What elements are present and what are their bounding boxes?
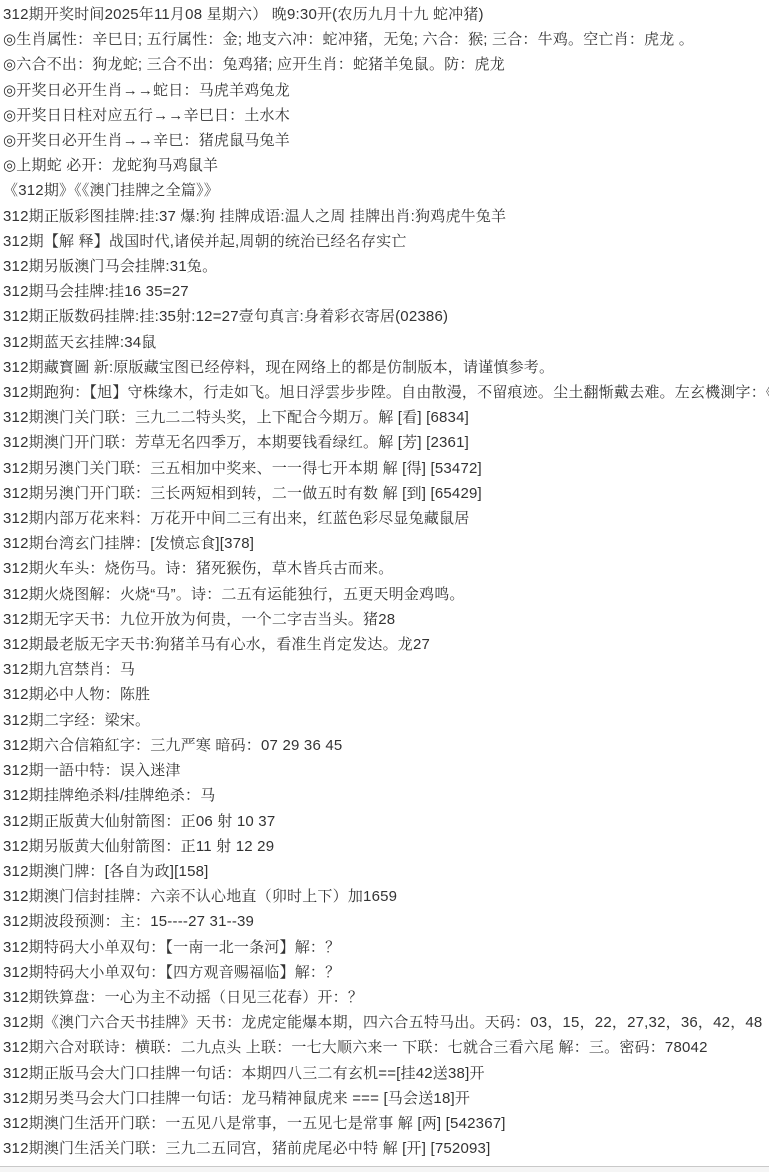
text-line: ◎生肖属性：辛巳日; 五行属性：金; 地支六冲：蛇冲猪，无兔; 六合：猴; 三合… bbox=[3, 27, 769, 52]
text-line: 312期另版黄大仙射箭图：正11 射 12 29 bbox=[3, 834, 769, 859]
text-line: 312期澳门开门联：芳草无名四季万，本期要钱看绿红。解 [芳] [2361] bbox=[3, 430, 769, 455]
text-line: 312期特码大小单双句：【一南一北一条河】解：？ bbox=[3, 935, 769, 960]
text-line: 312期另类马会大门口挂牌一句话：龙马精神鼠虎来 === [马会送18]开 bbox=[3, 1086, 769, 1111]
next-section-divider bbox=[0, 1166, 769, 1172]
text-line: 312期最老版无字天书:狗猪羊马有心水，看准生肖定发达。龙27 bbox=[3, 632, 769, 657]
text-line: 312期二字经：梁宋。 bbox=[3, 708, 769, 733]
text-line: 312期六合对联诗：横联：二九点头 上联：一七大顺六来一 下联：七就合三看六尾 … bbox=[3, 1035, 769, 1060]
text-line: 312期蓝天玄挂牌:34鼠 bbox=[3, 330, 769, 355]
text-line: 312期台湾玄门挂牌：[发愤忘食][378] bbox=[3, 531, 769, 556]
text-line: 312期波段预测：主：15----27 31--39 bbox=[3, 909, 769, 934]
text-line: 312期九宫禁肖：马 bbox=[3, 657, 769, 682]
text-line: ◎上期蛇 必开：龙蛇狗马鸡鼠羊 bbox=[3, 153, 769, 178]
text-line: 312期火烧图解：火烧“马”。诗：二五有运能独行，五更天明金鸡鸣。 bbox=[3, 582, 769, 607]
text-line: 312期澳门生活开门联：一五见八是常事，一五见七是常事 解 [两] [54236… bbox=[3, 1111, 769, 1136]
text-line: 312期正版黄大仙射箭图：正06 射 10 37 bbox=[3, 809, 769, 834]
text-line: ◎开奖日必开生肖→→辛巳：猪虎鼠马兔羊 bbox=[3, 128, 769, 153]
text-line: 312期正版马会大门口挂牌一句话：本期四八三二有玄机==[挂42送38]开 bbox=[3, 1061, 769, 1086]
text-line: 312期特码大小单双句：【四方观音赐福临】解：？ bbox=[3, 960, 769, 985]
text-line: 312期开奖时间2025年11月08 星期六） 晚9:30开(农历九月十九 蛇冲… bbox=[3, 2, 769, 27]
text-line: 312期六合信箱紅字：三九严寒 暗码：07 29 36 45 bbox=[3, 733, 769, 758]
text-line: 312期一語中特：误入迷津 bbox=[3, 758, 769, 783]
text-line: 312期跑狗：【旭】守株缘木，行走如飞。旭日浮雲步步陞。自由散漫，不留痕迹。尘土… bbox=[3, 380, 769, 405]
text-line: ◎六合不出：狗龙蛇; 三合不出：兔鸡猪; 应开生肖：蛇猪羊兔鼠。防：虎龙 bbox=[3, 52, 769, 77]
text-line: 312期澳门牌：[各自为政][158] bbox=[3, 859, 769, 884]
text-line: 312期无字天书：九位开放为何贵，一个二字吉当头。猪28 bbox=[3, 607, 769, 632]
text-line: 《312期》《《澳门挂牌之全篇》》 bbox=[3, 178, 769, 203]
text-line: 312期《澳门六合天书挂牌》天书：龙虎定能爆本期，四六合五特马出。天码：03，1… bbox=[3, 1010, 769, 1035]
text-line: 312期澳门信封挂牌：六亲不认心地直（卯时上下）加1659 bbox=[3, 884, 769, 909]
text-line: ◎开奖日必开生肖→→蛇日：马虎羊鸡兔龙 bbox=[3, 78, 769, 103]
text-line: 312期马会挂牌:挂16 35=27 bbox=[3, 279, 769, 304]
text-line: ◎开奖日日柱对应五行→→辛巳日：土水木 bbox=[3, 103, 769, 128]
text-line: 312期正版数码挂牌:挂:35射:12=27壹句真言:身着彩衣寄居(02386) bbox=[3, 304, 769, 329]
text-line: 312期另澳门开门联：三长两短相到转，二一做五时有数 解 [到] [65429] bbox=[3, 481, 769, 506]
text-line: 312期挂牌绝杀料/挂牌绝杀：马 bbox=[3, 783, 769, 808]
text-line: 312期藏寳圖 新:原版藏宝图已经停料，现在网络上的都是仿制版本，请谨慎参考。 bbox=[3, 355, 769, 380]
text-line: 312期【解 释】战国时代,诸侯并起,周朝的统治已经名存实亡 bbox=[3, 229, 769, 254]
text-line: 312期另澳门关门联：三五相加中奖来、一一得七开本期 解 [得] [53472] bbox=[3, 456, 769, 481]
text-line: 312期另版澳门马会挂牌:31兔。 bbox=[3, 254, 769, 279]
text-line: 312期铁算盘：一心为主不动摇（日见三花春）开：？ bbox=[3, 985, 769, 1010]
text-line: 312期澳门生活关门联：三九二五同宫，猪前虎尾必中特 解 [开] [752093… bbox=[3, 1136, 769, 1161]
text-line: 312期内部万花来料：万花开中间二三有出来，红蓝色彩尽显兔藏鼠居 bbox=[3, 506, 769, 531]
text-line: 312期正版彩图挂牌:挂:37 爆:狗 挂牌成语:温人之周 挂牌出肖:狗鸡虎牛兔… bbox=[3, 204, 769, 229]
text-line: 312期火车头：烧伤马。诗：猪死猴伤，草木皆兵古而来。 bbox=[3, 556, 769, 581]
lottery-tips-text-block: 312期开奖时间2025年11月08 星期六） 晚9:30开(农历九月十九 蛇冲… bbox=[0, 0, 769, 1161]
text-line: 312期澳门关门联：三九二二特头奖，上下配合今期万。解 [看] [6834] bbox=[3, 405, 769, 430]
text-line: 312期必中人物：陈胜 bbox=[3, 682, 769, 707]
